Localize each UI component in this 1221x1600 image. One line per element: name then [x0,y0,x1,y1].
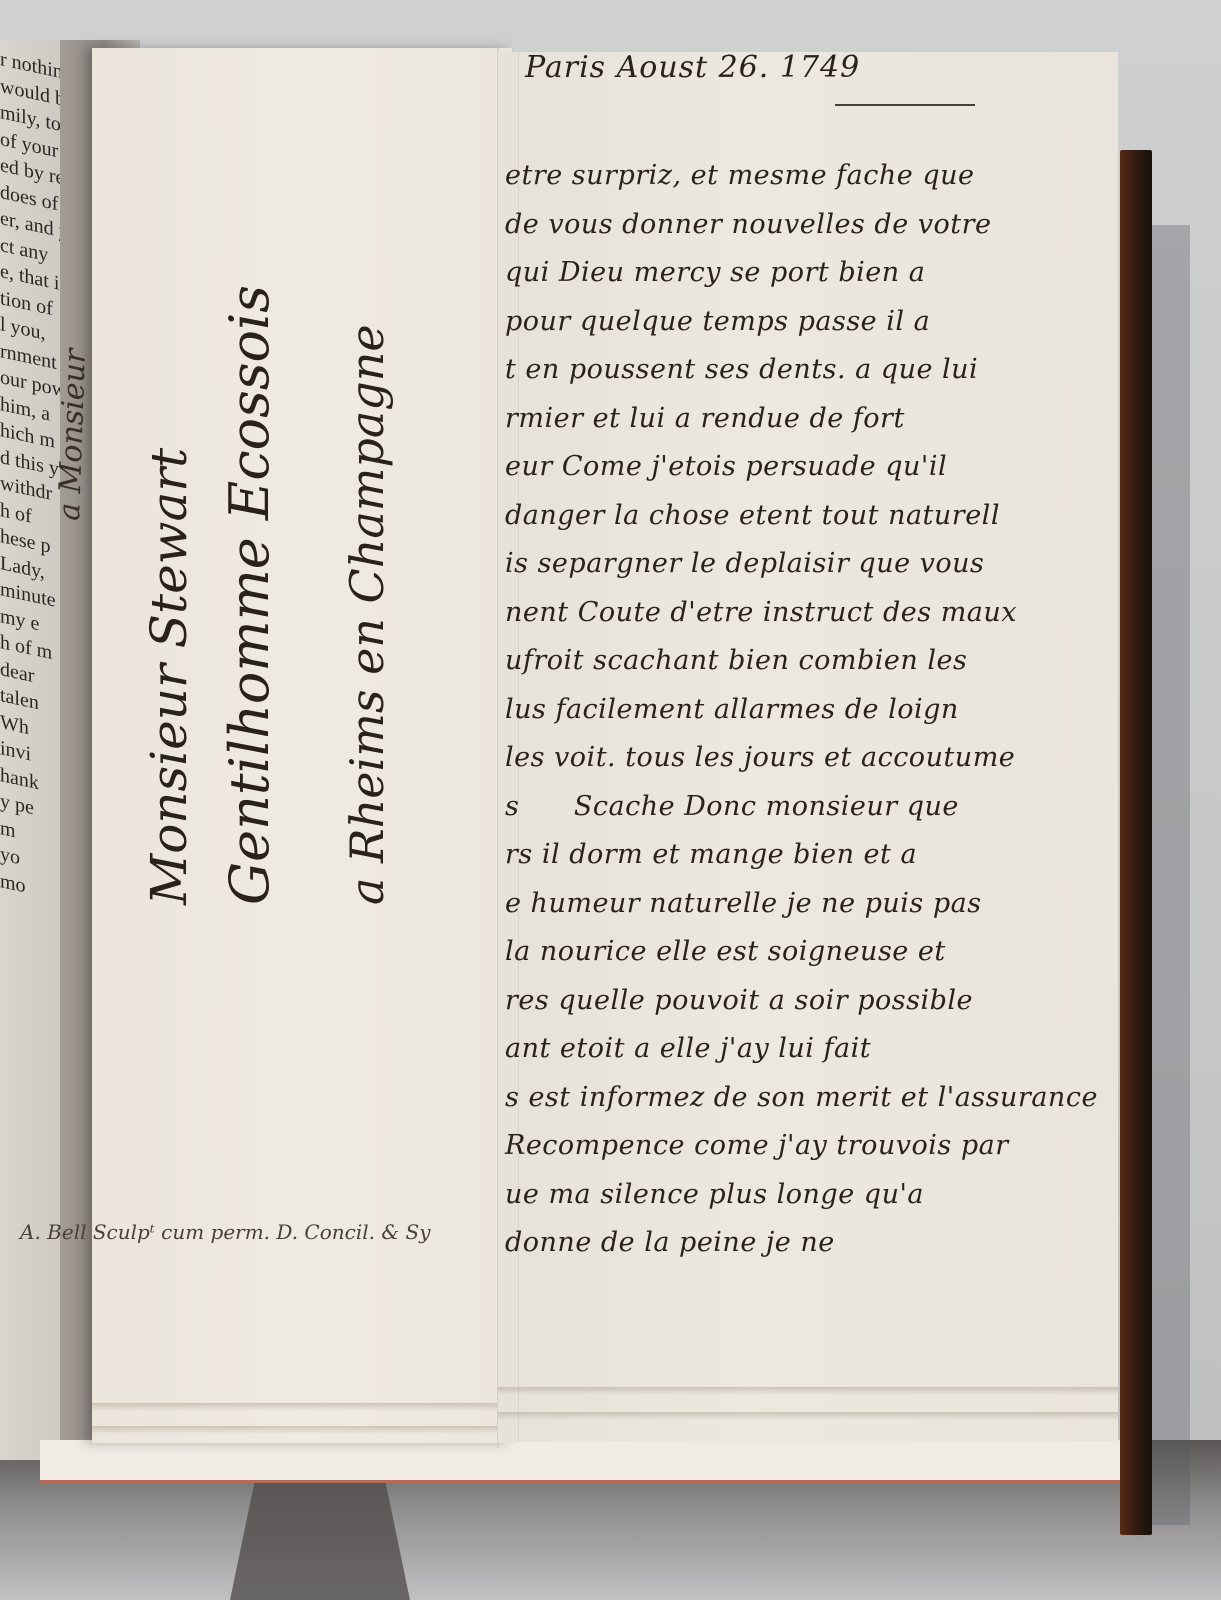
engraver-credit: A. Bell Sculpᵗ cum perm. D. Concil. & Sy [20,1220,431,1244]
letter-line: ufroit scachant bien combien les [505,637,1115,686]
letter-line: les voit. tous les jours et accoutume [505,734,1115,783]
letter-line: pour quelque temps passe il a [505,298,1115,347]
letter-line: s est informez de son merit et l'assuran… [505,1074,1115,1123]
cast-shadow [230,1470,410,1600]
letter-line: s Scache Donc monsieur que [505,783,1115,832]
letter-line: etre surpriz, et mesme fache que [505,152,1115,201]
book-page-bottom-edge [40,1440,1120,1483]
water-stain [498,1412,1118,1420]
water-stain [92,1426,512,1434]
letter-line: de vous donner nouvelles de votre [505,201,1115,250]
address-location: a Rheims en Champagne [340,324,394,905]
letter-line: eur Come j'etois persuade qu'il [505,443,1115,492]
letter-line: ant etoit a elle j'ay lui fait [505,1025,1115,1074]
letter-line: rmier et lui a rendue de fort [505,395,1115,444]
letter-line: is separgner le deplaisir que vous [505,540,1115,589]
letter-line: lus facilement allarmes de loign [505,686,1115,735]
letter-line: t en poussent ses dents. a que lui [505,346,1115,395]
letter-line: Recompence come j'ay trouvois par [505,1122,1115,1171]
letter-line: rs il dorm et mange bien et a [505,831,1115,880]
water-stain [498,1387,1118,1395]
letter-line: danger la chose etent tout naturell [505,492,1115,541]
margin-annotation: a Monsieur [52,348,93,521]
letter-line: ue ma silence plus longe qu'a [505,1171,1115,1220]
water-stain [92,1403,512,1411]
book-cover-edge [1120,150,1152,1535]
cover-shadow [1150,225,1190,1525]
address-title: Gentilhomme Ecossois [218,285,281,905]
letter-line: qui Dieu mercy se port bien a [505,249,1115,298]
letter-line: donne de la peine je ne [505,1219,1115,1268]
letter-dateline: Paris Aoust 26. 1749 [525,50,860,85]
dateline-underline [835,104,975,106]
address-recipient: Monsieur Stewart [140,448,198,905]
letter-body: etre surpriz, et mesme fache que de vous… [505,152,1115,1268]
letter-line: e humeur naturelle je ne puis pas [505,880,1115,929]
letter-line: res quelle pouvoit a soir possible [505,977,1115,1026]
letter-line: la nourice elle est soigneuse et [505,928,1115,977]
letter-line: nent Coute d'etre instruct des maux [505,589,1115,638]
